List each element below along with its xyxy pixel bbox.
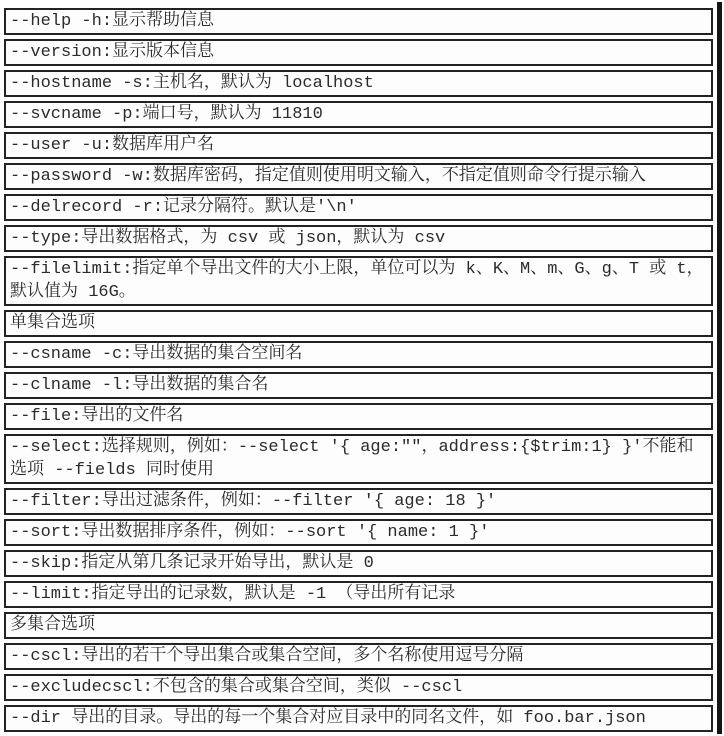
section-header-row: 多集合选项 [4,612,713,639]
options-table: --help -h:显示帮助信息--version:显示版本信息--hostna… [4,8,713,736]
section-header-row: 单集合选项 [4,310,713,337]
option-row: --type:导出数据格式，为 csv 或 json，默认为 csv [4,225,713,252]
option-row: --filter:导出过滤条件，例如：--filter '{ age: 18 }… [4,488,713,515]
option-row: --dir 导出的目录。导出的每一个集合对应目录中的同名文件，如 foo.bar… [4,705,713,732]
option-row: --skip:指定从第几条记录开始导出，默认是 0 [4,550,713,577]
option-row: --cscl:导出的若干个导出集合或集合空间，多个名称使用逗号分隔 [4,643,713,670]
option-row: --hostname -s:主机名，默认为 localhost [4,70,713,97]
option-row: --select:选择规则，例如：--select '{ age:""，addr… [4,434,713,484]
option-row: --filelimit:指定单个导出文件的大小上限，单位可以为 k、K、M、m、… [4,256,713,306]
option-row: --delrecord -r:记录分隔符。默认是'\n' [4,194,713,221]
option-row: --clname -l:导出数据的集合名 [4,372,713,399]
option-row: --svcname -p:端口号，默认为 11810 [4,101,713,128]
option-row: --help -h:显示帮助信息 [4,8,713,35]
option-row: --limit:指定导出的记录数，默认是 -1 （导出所有记录 [4,581,713,608]
option-row: --excludecscl:不包含的集合或集合空间，类似 --cscl [4,674,713,701]
option-row: --csname -c:导出数据的集合空间名 [4,341,713,368]
option-row: --file:导出的文件名 [4,403,713,430]
right-edge-scan-band [717,2,722,734]
option-row: --sort:导出数据排序条件，例如：--sort '{ name: 1 }' [4,519,713,546]
option-row: --user -u:数据库用户名 [4,132,713,159]
option-row: --password -w:数据库密码，指定值则使用明文输入，不指定值则命令行提… [4,163,713,190]
option-row: --version:显示版本信息 [4,39,713,66]
